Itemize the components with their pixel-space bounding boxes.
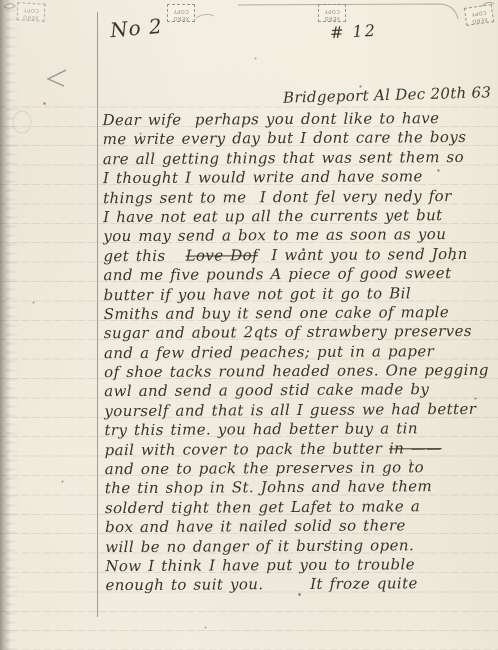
letter-text: I want you to send John — [258, 245, 468, 264]
letter-text: butter if you have not got it go to Bil — [104, 284, 411, 304]
letter-text: the tin shop in St. Johns and have them — [105, 478, 432, 498]
letter-text: Smiths and buy it send one cake of maple — [104, 303, 449, 323]
letter-line: pail with cover to pack the butter in —— — [105, 438, 485, 460]
pencil-checkmark — [48, 70, 66, 86]
letter-text: and me five pounds A piece of good sweet — [103, 264, 451, 284]
letter-text: yourself and that is all I guess we had … — [104, 400, 476, 420]
letter-text: box and have it nailed solid so there — [105, 517, 406, 537]
letter-text: of shoe tacks round headed ones. One peg… — [104, 361, 489, 381]
letter-text: solderd tight then get Lafet to make a — [105, 497, 420, 517]
letter-line: Dear wife perhaps you dont like to have — [103, 109, 483, 131]
letter-text: Dear wife perhaps you dont like to have — [103, 109, 440, 129]
stamp-text: COPY — [168, 7, 194, 14]
catalog-number-annotation: # 12 — [330, 21, 378, 42]
stamp-text: XERO — [18, 12, 44, 20]
letter-text: pail with cover to pack the butter — [105, 439, 389, 459]
letter-body: Dear wife perhaps you dont like to havem… — [103, 109, 486, 596]
letter-line: and a few dried peaches; put in a paper — [104, 342, 484, 364]
stamp-text: COPY — [319, 7, 345, 14]
letter-line: solderd tight then get Lafet to make a — [105, 497, 485, 519]
stamp-text: COPY — [18, 5, 44, 13]
xero-copy-stamp: XERO COPY — [17, 2, 46, 21]
letter-line: get this Love Dof I want you to send Joh… — [103, 245, 483, 267]
paper-top-edge-line — [238, 4, 458, 19]
letter-text: try this time. you had better buy a tin — [104, 419, 418, 439]
letter-line: things sent to me I dont fel very nedy f… — [103, 186, 483, 208]
letter-line: butter if you have not got it go to Bil — [104, 283, 484, 305]
xero-copy-stamp: XERO COPY — [318, 4, 346, 22]
page-number-annotation: No 2 — [109, 14, 164, 42]
struck-text: in —— — [389, 439, 442, 457]
letter-line: enough to suit you. It froze quite — [105, 574, 485, 596]
letter-text: sugar and about 2qts of strawbery preser… — [104, 322, 472, 342]
letter-line: awl and send a good stid cake made by — [104, 380, 484, 402]
stamp-text: XERO — [319, 14, 345, 21]
letter-line: sugar and about 2qts of strawbery preser… — [104, 322, 484, 344]
letter-line: you may send a box to me as soon as you — [103, 225, 483, 247]
letter-line: me write every day but I dont care the b… — [103, 128, 483, 150]
letter-line: are all getting things that was sent the… — [103, 148, 483, 170]
letter-text: me write every day but I dont care the b… — [103, 128, 467, 148]
letter-line: I thought I would write and have some — [103, 167, 483, 189]
letter-text: things sent to me I dont fel very nedy f… — [103, 187, 452, 207]
letter-text: you may send a box to me as soon as you — [103, 225, 446, 245]
letter-line: the tin shop in St. Johns and have them — [105, 477, 485, 499]
letter-line: Smiths and buy it send one cake of maple — [104, 303, 484, 325]
letter-text: enough to suit you. It froze quite — [105, 575, 417, 595]
xero-copy-stamp: XERO COPY — [464, 4, 494, 26]
scanned-letter-page: XERO COPY XERO COPY XERO COPY XERO COPY … — [0, 0, 498, 650]
letter-line: and one to pack the preserves in go to — [105, 458, 485, 480]
scan-speckles — [0, 0, 1, 1]
letter-text: I thought I would write and have some — [103, 167, 423, 187]
letter-text: I have not eat up all the currents yet b… — [103, 206, 442, 226]
letter-line: yourself and that is all I guess we had … — [104, 400, 484, 422]
letter-text: Now I think I have put you to trouble — [105, 555, 415, 575]
letter-text: will be no danger of it bursting open. — [105, 536, 414, 556]
stamp-text: XERO — [168, 14, 194, 21]
letter-line: and me five pounds A piece of good sweet — [103, 264, 483, 286]
margin-line — [97, 12, 98, 617]
letter-line: will be no danger of it bursting open. — [105, 535, 485, 557]
xero-copy-stamp: XERO COPY — [167, 4, 195, 22]
letter-line: of shoe tacks round headed ones. One peg… — [104, 361, 484, 383]
letter-line: I have not eat up all the currents yet b… — [103, 206, 483, 228]
scan-edge-texture — [6, 0, 20, 650]
letter-line: box and have it nailed solid so there — [105, 516, 485, 538]
letter-text: awl and send a good stid cake made by — [104, 381, 429, 401]
letter-text: and one to pack the preserves in go to — [105, 458, 424, 478]
letter-text: and a few dried peaches; put in a paper — [104, 342, 434, 362]
letter-line: Now I think I have put you to trouble — [105, 555, 485, 577]
letter-line: try this time. you had better buy a tin — [104, 419, 484, 441]
letter-text: are all getting things that was sent the… — [103, 148, 464, 168]
pencil-squiggle — [196, 14, 214, 18]
struck-text: Love Dof — [186, 246, 259, 264]
letter-text: get this — [103, 246, 185, 265]
